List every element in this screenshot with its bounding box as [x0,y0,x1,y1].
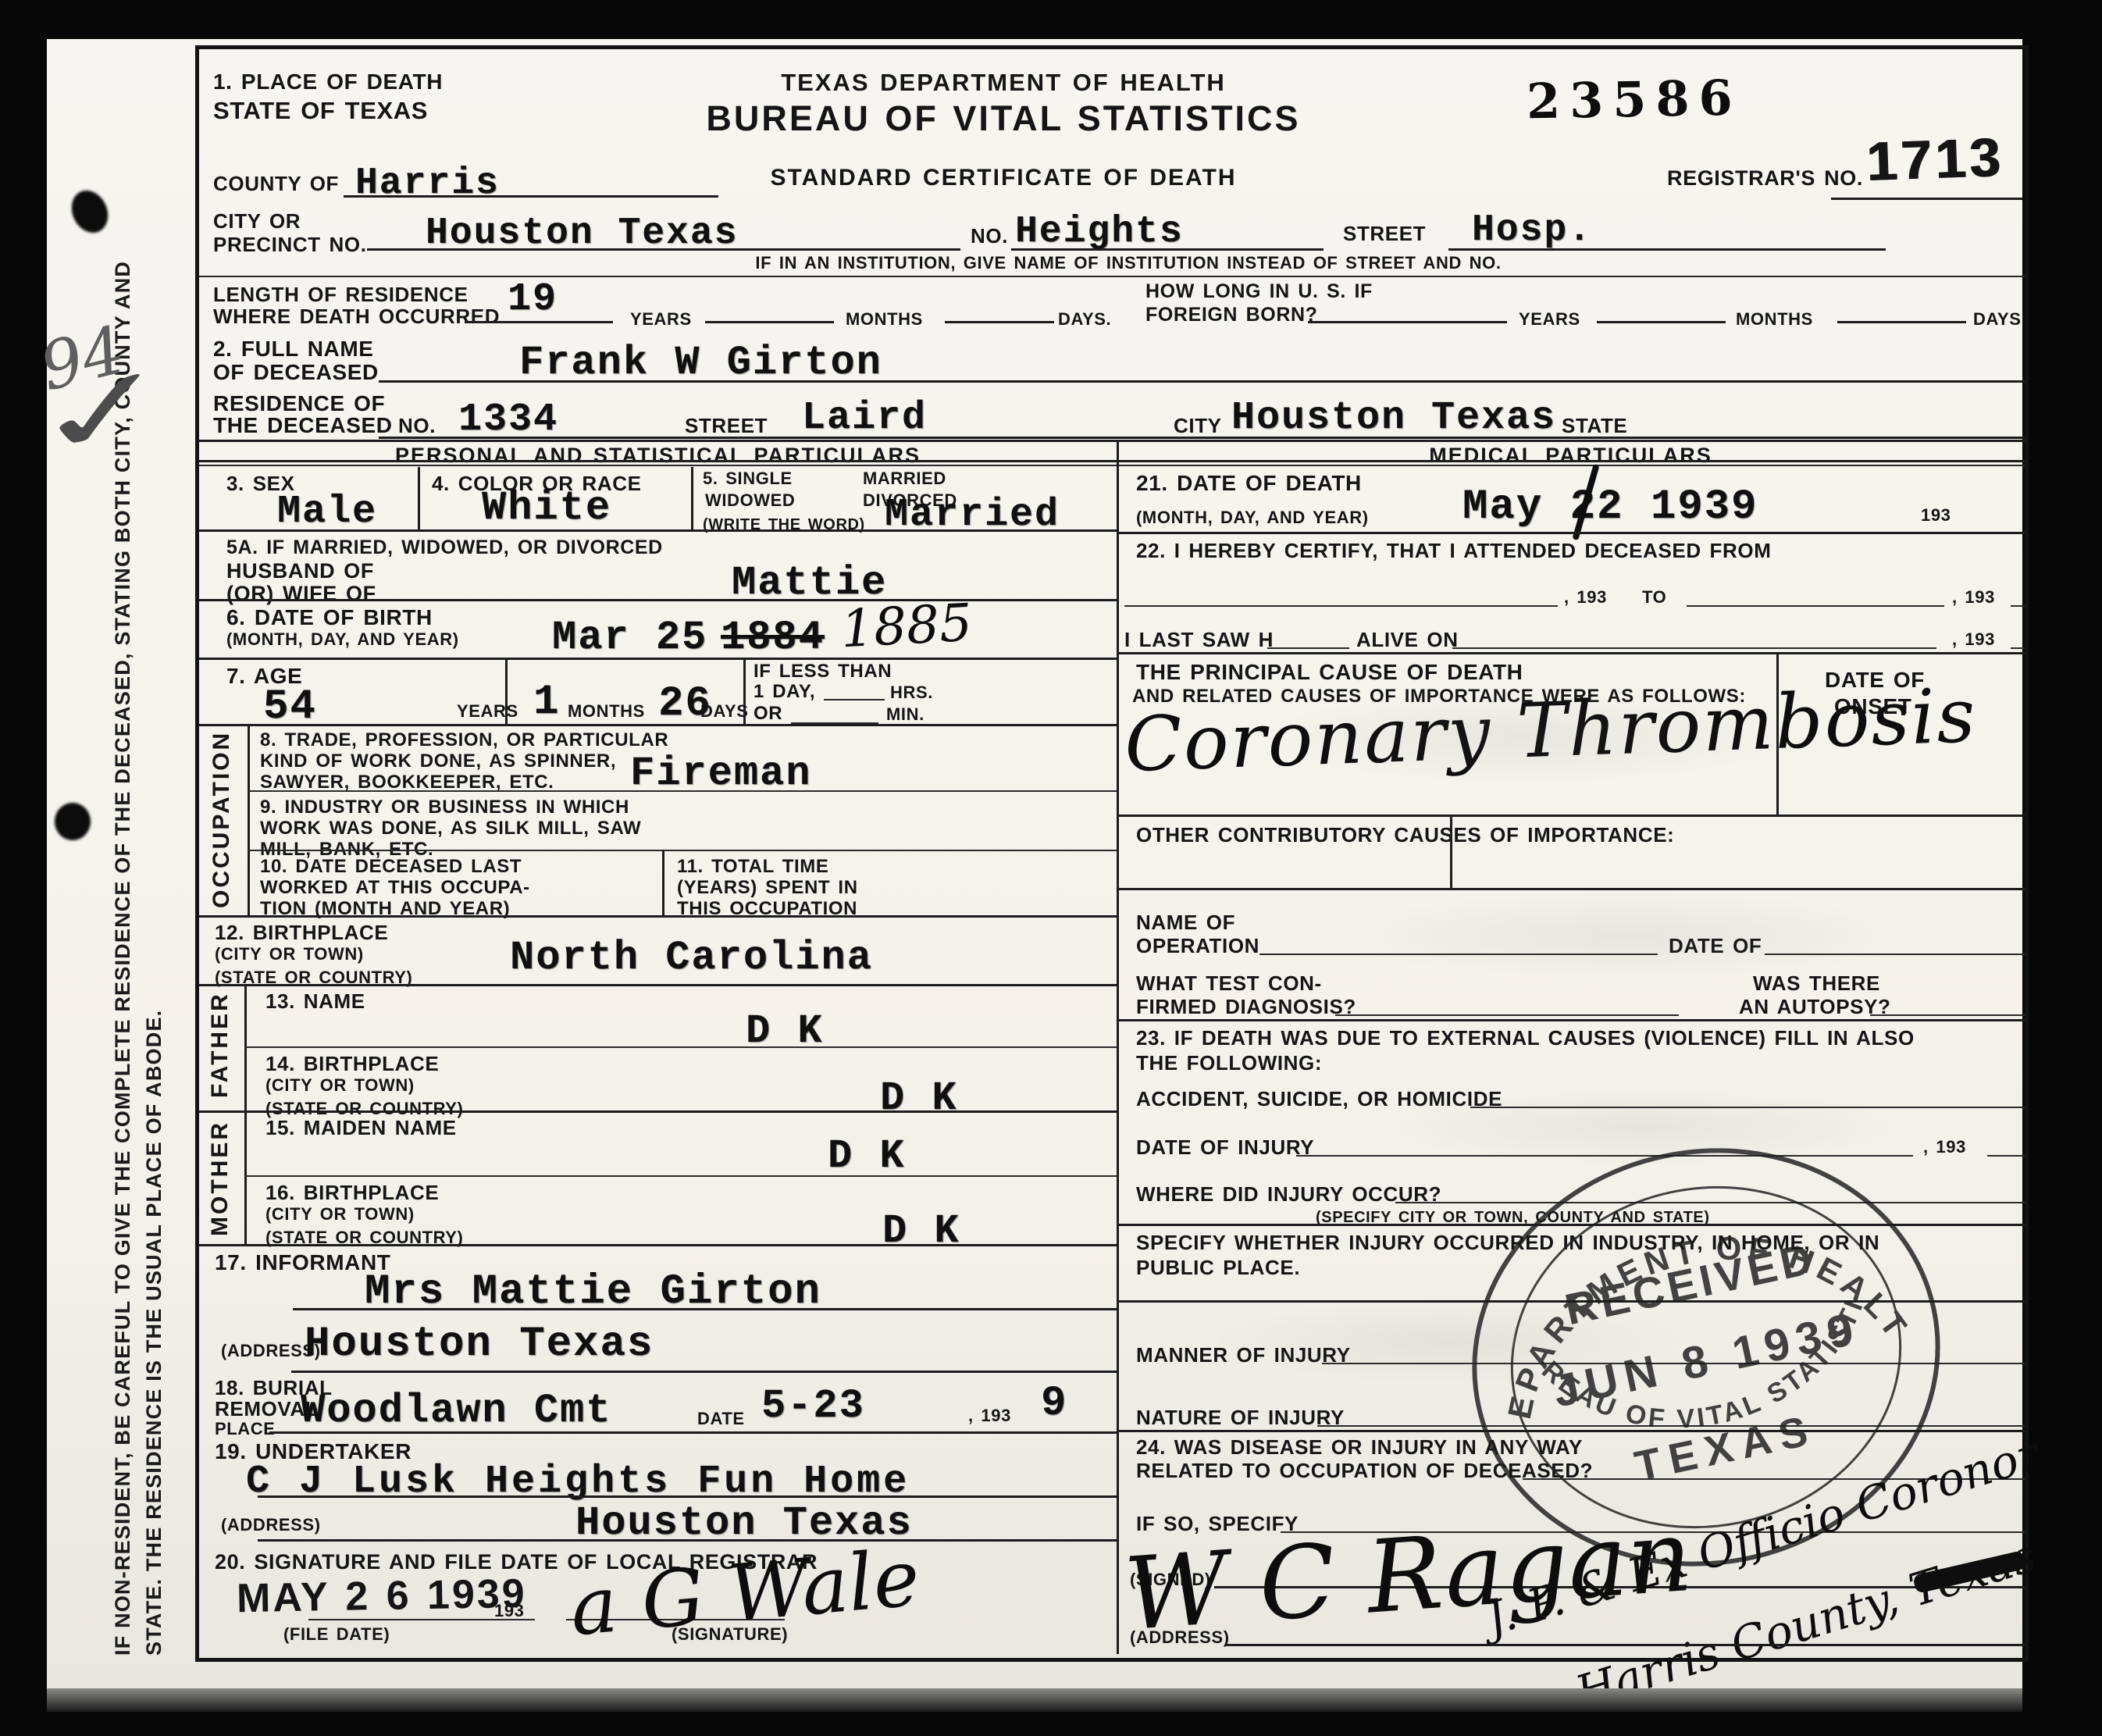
birth-year-struck: 1884 [721,618,825,658]
test-label-2: FIRMED DIAGNOSIS? [1136,996,1356,1018]
margin-note-inner: STATE. THE RESIDENCE IS THE USUAL PLACE … [142,1010,166,1656]
hole-punch-top [65,184,115,238]
father-birthplace-label-1: 14. BIRTHPLACE [265,1053,439,1075]
rule [662,850,664,915]
personal-section-title: PERSONAL AND STATISTICAL PARTICULARS [199,444,1117,467]
residence-length-value: 19 [508,280,558,319]
registrar-no-value: 1713 [1865,127,2004,192]
rule [824,699,885,700]
birth-date-typed: Mar 25 [552,618,707,658]
burial-193-label: , 193 [968,1406,1011,1426]
rule [505,660,508,724]
informant-value: Mrs Mattie Girton [365,1271,821,1314]
rule [1117,1019,2025,1021]
rule [344,195,718,198]
fullname-value: Frank W Girton [519,343,882,383]
last-worked-label-1: 10. DATE DECEASED LAST [260,857,522,878]
death-date-sublabel: (MONTH, DAY, AND YEAR) [1136,508,1369,528]
rule [2011,647,2025,649]
rule [1837,321,1966,323]
total-time-label-2: (YEARS) SPENT IN [677,878,858,899]
father-side-label: FATHER [207,1000,233,1098]
rule [1117,532,2025,534]
rule [1687,605,1944,607]
autopsy-label-1: WAS THERE [1753,972,1880,995]
residence-state-label: STATE [1562,415,1627,437]
city-label-2: PRECINCT NO. [213,233,367,256]
trade-label-1: 8. TRADE, PROFESSION, OR PARTICULAR [260,730,668,751]
rule [1124,605,1558,607]
no-value: Heights [1015,213,1184,251]
rule [1335,1014,1679,1016]
rule [465,321,613,323]
rule [1987,1155,2025,1157]
certify-193b-label: , 193 [1952,588,1995,608]
margin-note-outer: IF NON-RESIDENT, BE CAREFUL TO GIVE THE … [111,261,135,1656]
bleed-through-smudge [1331,893,1925,979]
spouse-label-1: 5A. IF MARRIED, WIDOWED, OR DIVORCED [226,536,663,558]
spouse-label-2: HUSBAND OF [226,559,374,583]
marital-label-single: 5. SINGLE [703,469,793,489]
hrs-label: HRS. [890,683,933,703]
bleed-through-smudge [1370,1088,1917,1166]
rule [248,724,250,915]
rule [1452,647,1936,649]
rule [1450,815,1452,888]
nature-of-injury-label: NATURE OF INJURY [1136,1406,1345,1429]
rule [199,276,2025,277]
medical-section-title: MEDICAL PARTICULARS [1117,444,2025,467]
mother-side-label: MOTHER [207,1131,233,1236]
institution-note: IF IN AN INSTITUTION, GIVE NAME OF INSTI… [636,254,1620,273]
rule [1870,1014,2025,1016]
test-label-1: WHAT TEST CON- [1136,972,1322,995]
rule [199,465,2025,466]
certify-193a-label: , 193 [1564,588,1607,608]
contributory-label: OTHER CONTRIBUTORY CAUSES OF IMPORTANCE: [1136,824,1674,847]
months-label: MONTHS [846,310,923,330]
rule [244,1110,247,1244]
rule [379,380,2025,383]
registrar-193-label: 193 [494,1602,525,1621]
rule [945,321,1054,323]
age-months-value: 1 [533,682,560,724]
birthplace-value: North Carolina [510,938,873,979]
bureau-title: BUREAU OF VITAL STATISTICS [668,99,1339,138]
burial-label-3: PLACE [215,1420,276,1439]
mother-name-label: 15. MAIDEN NAME [265,1117,457,1139]
injury-specify-label-2: PUBLIC PLACE. [1136,1257,1300,1279]
days-label: DAYS. [1058,310,1111,330]
rule [2011,605,2025,607]
certify-193c-label: , 193 [1952,630,1995,650]
residence-street-value: Laird [802,399,927,438]
rule [258,1495,1117,1498]
burial-year-digit: 9 [1041,1383,1067,1425]
informant-address-value: Houston Texas [305,1324,654,1366]
bleed-through-smudge [1214,1299,1683,1385]
age-years-label: YEARS [457,702,518,722]
residence-length-label-1: LENGTH OF RESIDENCE [213,283,468,306]
occupation-side-label: OCCUPATION [208,744,235,908]
cause-label-1: THE PRINCIPAL CAUSE OF DEATH [1136,660,1523,684]
rule [1308,321,1507,323]
file-date-label: (FILE DATE) [283,1625,390,1645]
rule [244,1046,1117,1048]
age-days-label: DAYS [700,702,749,722]
file-date-stamp: MAY 2 6 1939 [237,1571,528,1622]
trade-value: Fireman [630,754,811,794]
us-years-label: YEARS [1519,310,1580,330]
birth-date-sublabel: (MONTH, DAY, AND YEAR) [226,630,459,650]
department-title: TEXAS DEPARTMENT OF HEALTH [668,70,1339,97]
rule [379,437,2025,439]
death-date-label: 21. DATE OF DEATH [1136,471,1362,495]
rule [199,599,1117,601]
rule [199,529,1117,532]
bleed-through-smudge [1253,690,1800,783]
certificate-page: IF NON-RESIDENT, BE CAREFUL TO GIVE THE … [47,39,2022,1688]
burial-place-value: Woodlawn Cmt [301,1391,611,1431]
fullname-label-2: OF DECEASED [213,360,379,384]
rule [291,1371,1117,1373]
residence-city-value: Houston Texas [1231,399,1556,438]
marital-label-widowed: WIDOWED [705,491,795,511]
fullname-label-1: 2. FULL NAME [213,337,374,361]
residence-length-label-2: WHERE DEATH OCCURRED [213,305,500,328]
birth-year-corrected: 1885 [839,593,974,660]
certificate-body: 1. PLACE OF DEATH STATE OF TEXAS TEXAS D… [195,45,2029,1662]
rule [199,1110,1117,1113]
certify-to-label: TO [1642,588,1666,608]
residence-street-label: STREET [685,415,768,437]
rule [199,1244,1117,1246]
mother-birthplace-label-1: 16. BIRTHPLACE [265,1182,439,1204]
residence-no-label: NO. [398,415,436,437]
certify-label: 22. I HEREBY CERTIFY, THAT I ATTENDED DE… [1136,540,1772,562]
father-name-label: 13. NAME [265,990,365,1013]
signature-label: (SIGNATURE) [672,1625,788,1645]
us-length-label-2: FOREIGN BORN? [1145,304,1318,326]
rule [418,467,420,529]
rule [244,1175,1117,1177]
marital-label-married: MARRIED [863,469,946,489]
rule [1448,248,1886,251]
trade-label-2: KIND OF WORK DONE, AS SPINNER, [260,751,616,772]
rule [1117,815,2025,817]
less-than-label-2: 1 DAY, [754,682,815,703]
county-label: COUNTY OF [213,173,339,195]
certificate-number: 23586 [1526,70,1742,130]
place-of-death-label: 1. PLACE OF DEATH [213,70,443,94]
rule [258,1539,1117,1542]
rule [1226,1644,2025,1646]
burial-date-value: 5-23 [761,1386,865,1427]
rule [199,984,1117,986]
autopsy-label-2: AN AUTOPSY? [1739,996,1891,1018]
industry-label-1: 9. INDUSTRY OR BUSINESS IN WHICH [260,797,629,818]
rule [199,915,1117,918]
state-of-texas-label: STATE OF TEXAS [213,98,428,125]
rule [691,467,693,529]
no-label: NO. [971,225,1008,248]
last-worked-label-2: WORKED AT THIS OCCUPA- [260,878,530,899]
street-label: STREET [1343,223,1426,245]
rule [248,850,1117,851]
rule [199,440,2025,442]
residence-label-1: RESIDENCE OF [213,391,385,415]
scan-edge-shadow [47,1688,2022,1712]
total-time-label-1: 11. TOTAL TIME [677,857,828,878]
birthplace-label-1: 12. BIRTHPLACE [215,921,388,944]
burial-date-label: DATE [697,1410,745,1429]
operation-label-2: OPERATION [1136,935,1259,957]
rule [1117,652,2025,654]
birth-date-label: 6. DATE OF BIRTH [226,605,433,629]
father-birthplace-label-2: (CITY OR TOWN) [265,1076,415,1096]
mother-name-value: D K [828,1136,906,1177]
us-months-label: MONTHS [1736,310,1813,330]
min-label: MIN. [886,705,925,725]
rule [705,321,834,323]
undertaker-address-label: (ADDRESS) [221,1516,321,1535]
less-than-label-1: IF LESS THAN [754,661,892,683]
hole-punch-bottom [55,803,91,840]
rule [308,1619,535,1620]
rule [199,658,1117,660]
rule [293,1308,1117,1310]
or-label: OR [754,704,782,725]
father-birthplace-value: D K [880,1078,958,1119]
scanned-death-certificate: IF NON-RESIDENT, BE CAREFUL TO GIVE THE … [0,0,2102,1736]
certificate-title: STANDARD CERTIFICATE OF DEATH [668,165,1339,191]
external-label-2: THE FOLLOWING: [1136,1052,1322,1075]
rule [1267,647,1349,649]
rule [1117,888,2025,890]
residence-city-label: CITY [1174,415,1222,437]
residence-label-2: THE DECEASED [213,413,393,437]
us-days-label: DAYS [1973,310,2022,330]
alive-on-label: ALIVE ON [1356,629,1459,651]
spouse-label-3: (OR) WIFE OF [226,582,376,605]
street-value: Hosp. [1472,212,1592,249]
rule [269,1431,1117,1434]
age-years-value: 54 [263,686,317,729]
us-length-label-1: HOW LONG IN U. S. IF [1145,280,1373,302]
death-193-label: 193 [1921,506,1951,526]
rule [1831,198,2022,200]
death-date-value: May 22 1939 [1462,487,1758,529]
industry-label-2: WORK WAS DONE, AS SILK MILL, SAW [260,818,641,839]
race-value: White [482,488,611,529]
injury-date-label: DATE OF INJURY [1136,1136,1314,1159]
city-value: Houston Texas [426,215,738,252]
age-months-label: MONTHS [568,702,645,722]
address-label-signed: (ADDRESS) [1130,1628,1230,1648]
injury-193-label: , 193 [1923,1138,1966,1157]
column-divider [1117,440,1119,1654]
registrar-no-label: REGISTRAR'S NO. [1667,166,1863,190]
residence-no-value: 1334 [458,401,558,440]
rule [743,660,746,724]
rule [248,790,1117,792]
birthplace-label-2: (CITY OR TOWN) [215,945,364,964]
external-label-1: 23. IF DEATH WAS DUE TO EXTERNAL CAUSES … [1136,1027,1915,1050]
sex-value: Male [277,493,377,532]
rule [1597,321,1726,323]
rule [1011,248,1324,251]
rule [367,248,960,251]
operation-label-1: NAME OF [1136,911,1235,934]
city-label-1: CITY OR [213,210,301,233]
years-label: YEARS [630,310,692,330]
last-saw-label: I LAST SAW H [1124,629,1274,651]
rule [199,724,1117,726]
mother-birthplace-label-2: (CITY OR TOWN) [265,1205,415,1224]
rule [199,460,2025,462]
